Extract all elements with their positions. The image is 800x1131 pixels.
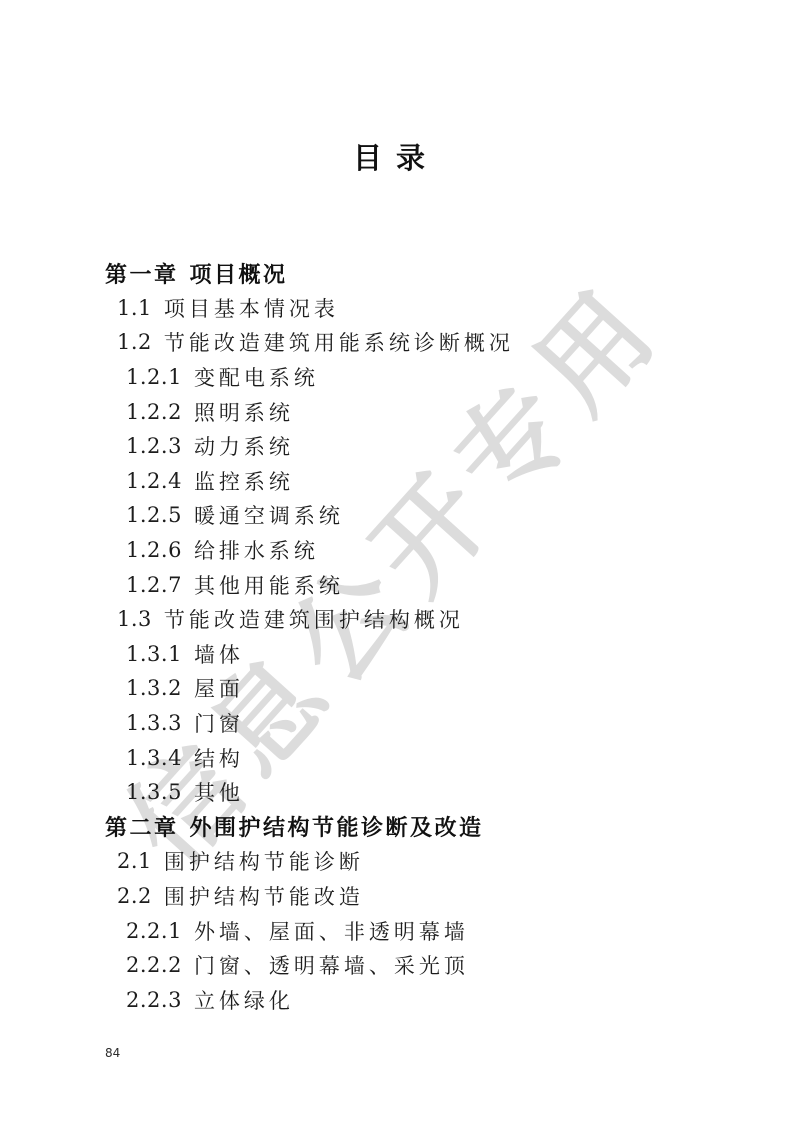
toc-item-number: 1.2.2 (126, 400, 182, 424)
toc-item: 1.2.1 变配电系统 (105, 360, 725, 395)
toc-item-number: 2.2.1 (126, 919, 182, 943)
toc-item-number: 2.2 (117, 884, 152, 908)
toc-item-text: 屋面 (194, 673, 244, 703)
toc-item: 1.1 项目基本情况表 (105, 291, 725, 326)
toc-item-text: 节能改造建筑围护结构概况 (164, 604, 464, 634)
toc-item-text: 给排水系统 (194, 535, 319, 565)
toc-item-text: 项目基本情况表 (164, 293, 339, 323)
toc-item-number: 第一章 (105, 258, 179, 289)
toc-item: 1.2.7 其他用能系统 (105, 567, 725, 602)
toc-item: 1.2.4 监控系统 (105, 464, 725, 499)
toc-item: 第二章 外围护结构节能诊断及改造 (105, 810, 725, 845)
toc-item: 1.2.3 动力系统 (105, 429, 725, 464)
toc-item-text: 围护结构节能诊断 (164, 846, 364, 876)
toc-item-number: 1.3.2 (126, 676, 182, 700)
toc-item: 1.3.4 结构 (105, 740, 725, 775)
toc-item-text: 围护结构节能改造 (164, 881, 364, 911)
toc-item: 1.2.2 照明系统 (105, 394, 725, 429)
toc-item-text: 动力系统 (194, 431, 294, 461)
toc-item-number: 2.1 (117, 849, 152, 873)
toc-item-number: 1.2 (117, 330, 152, 354)
toc-item-number: 1.2.7 (126, 573, 182, 597)
toc-item: 2.2 围护结构节能改造 (105, 879, 725, 914)
toc-item-text: 暖通空调系统 (194, 500, 344, 530)
page-number: 84 (105, 1046, 120, 1060)
page-title: 目 录 (0, 136, 780, 177)
toc-item-number: 1.2.4 (126, 469, 182, 493)
toc-item-number: 1.2.6 (126, 538, 182, 562)
toc-item-text: 门窗 (194, 708, 244, 738)
toc-item-text: 门窗、透明幕墙、采光顶 (194, 950, 469, 980)
toc-item-text: 节能改造建筑用能系统诊断概况 (164, 327, 514, 357)
toc-item: 1.3.1 墙体 (105, 637, 725, 672)
toc-item-text: 结构 (194, 743, 244, 773)
toc-item-number: 1.2.1 (126, 365, 182, 389)
toc-item-text: 墙体 (194, 639, 244, 669)
toc-item: 1.2 节能改造建筑用能系统诊断概况 (105, 325, 725, 360)
toc-item: 1.3 节能改造建筑围护结构概况 (105, 602, 725, 637)
toc-item-number: 1.3.1 (126, 642, 182, 666)
toc-item: 1.3.2 屋面 (105, 671, 725, 706)
toc-item: 1.2.5 暖通空调系统 (105, 498, 725, 533)
toc-item-number: 2.2.2 (126, 953, 182, 977)
toc-item: 2.2.2 门窗、透明幕墙、采光顶 (105, 948, 725, 983)
toc-list: 第一章 项目概况 1.1 项目基本情况表 1.2 节能改造建筑用能系统诊断概况 … (105, 256, 725, 1017)
toc-item-number: 2.2.3 (126, 988, 182, 1012)
toc-item-number: 1.3.4 (126, 746, 182, 770)
toc-item-text: 立体绿化 (194, 985, 294, 1015)
toc-item: 2.2.3 立体绿化 (105, 982, 725, 1017)
toc-item-text: 监控系统 (194, 466, 294, 496)
toc-item-text: 其他 (194, 777, 244, 807)
toc-item-text: 变配电系统 (194, 362, 319, 392)
toc-item-number: 1.1 (117, 296, 152, 320)
toc-item-number: 第二章 (105, 811, 179, 842)
toc-item-number: 1.3.3 (126, 711, 182, 735)
toc-item-text: 外墙、屋面、非透明幕墙 (194, 916, 469, 946)
document-page: 信息公开专用 目 录 第一章 项目概况 1.1 项目基本情况表 1.2 节能改造… (0, 0, 800, 1131)
toc-item-text: 照明系统 (194, 397, 294, 427)
toc-item: 1.2.6 给排水系统 (105, 533, 725, 568)
toc-item-number: 1.2.3 (126, 434, 182, 458)
toc-item-text: 项目概况 (190, 258, 288, 289)
toc-item: 1.3.3 门窗 (105, 706, 725, 741)
toc-item: 第一章 项目概况 (105, 256, 725, 291)
page-content: 目 录 第一章 项目概况 1.1 项目基本情况表 1.2 节能改造建筑用能系统诊… (0, 0, 800, 1131)
toc-item: 2.2.1 外墙、屋面、非透明幕墙 (105, 913, 725, 948)
toc-item-text: 外围护结构节能诊断及改造 (190, 811, 484, 842)
toc-item-number: 1.2.5 (126, 503, 182, 527)
toc-item: 2.1 围护结构节能诊断 (105, 844, 725, 879)
toc-item-number: 1.3 (117, 607, 152, 631)
toc-item-text: 其他用能系统 (194, 570, 344, 600)
toc-item: 1.3.5 其他 (105, 775, 725, 810)
toc-item-number: 1.3.5 (126, 780, 182, 804)
